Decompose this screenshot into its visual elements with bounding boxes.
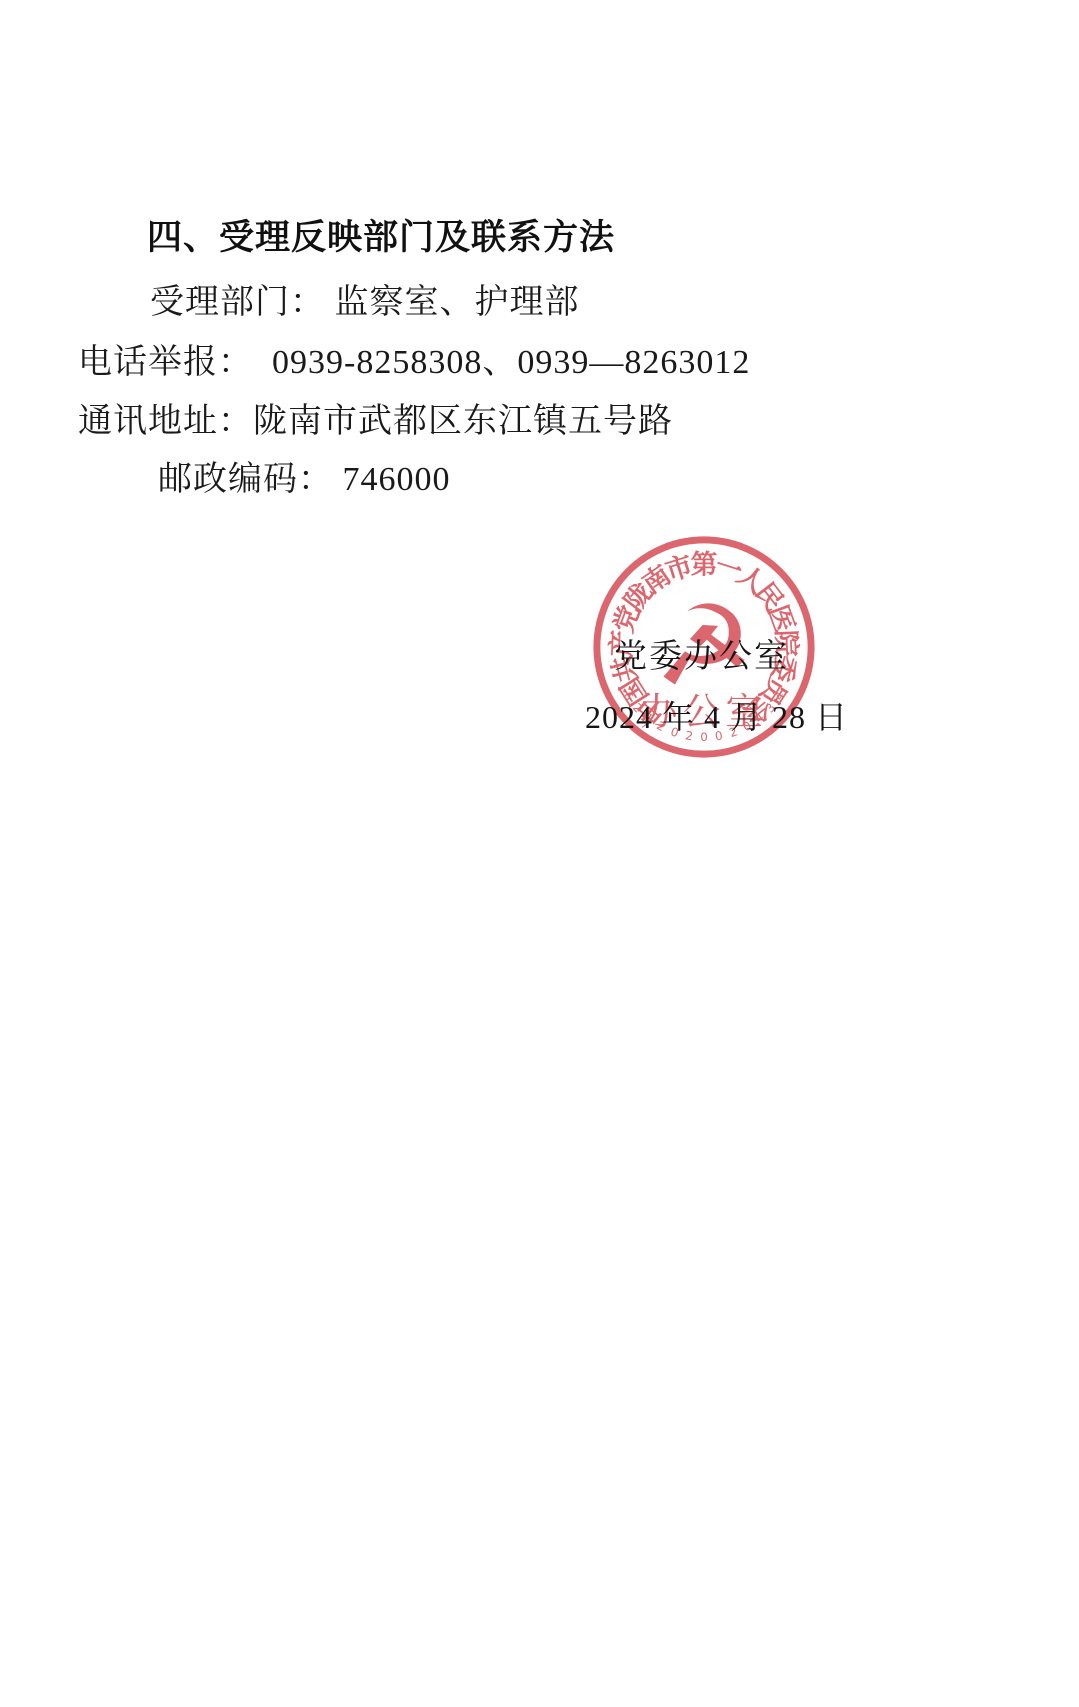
phone-report-line: 电话举报： 0939-8258308、0939—8263012 [78, 334, 750, 383]
signature-date: 2024 年 4 月 28 日 [585, 692, 848, 738]
signature-department: 党委办公室 [614, 630, 789, 677]
mailing-address-line: 通讯地址：陇南市武都区东江镇五号路 [78, 393, 673, 442]
accepting-department-line: 受理部门： 监察室、护理部 [150, 274, 580, 323]
document-page: 四、受理反映部门及联系方法 受理部门： 监察室、护理部 电话举报： 0939-8… [0, 0, 1079, 1707]
section-heading: 四、受理反映部门及联系方法 [147, 210, 615, 260]
postal-code-line: 邮政编码： 746000 [158, 451, 451, 500]
